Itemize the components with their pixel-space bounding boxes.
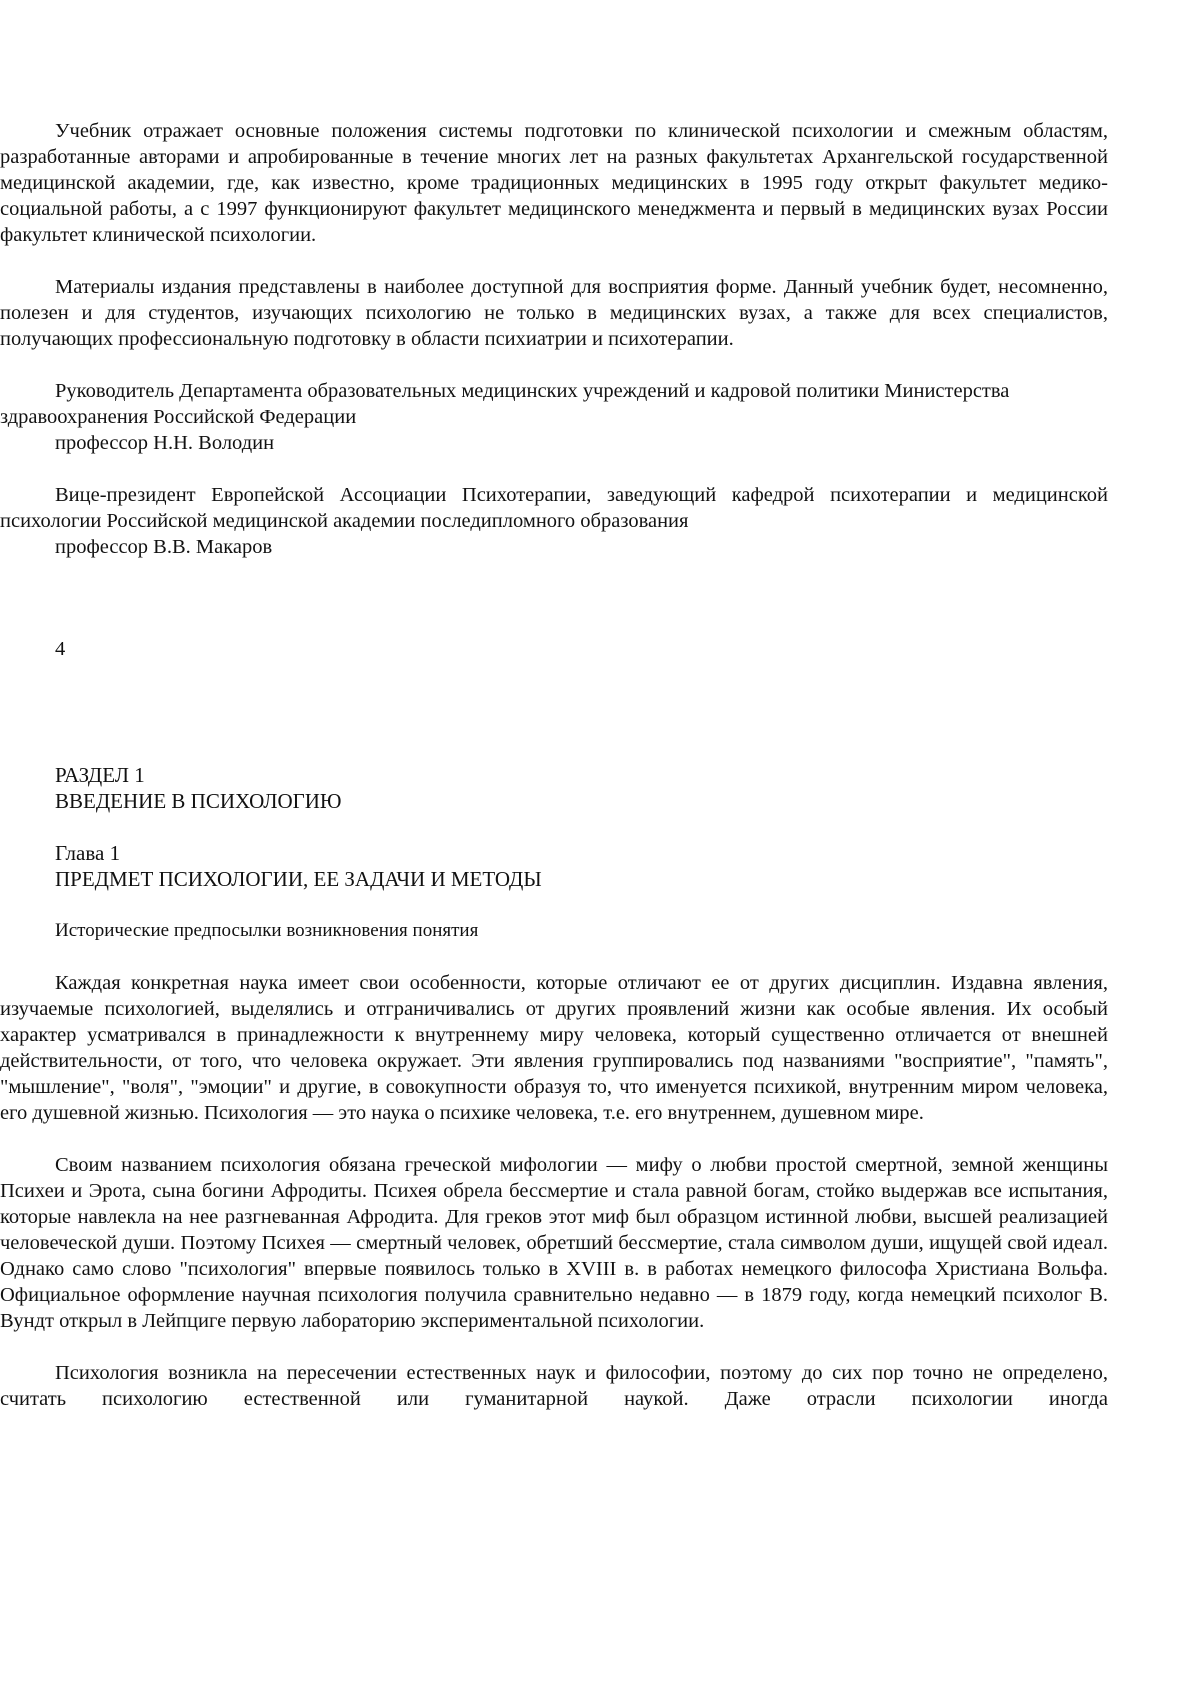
- spacer: [0, 456, 1108, 482]
- foreword-paragraph-1: Учебник отражает основные положения сист…: [0, 118, 1108, 248]
- spacer: [0, 892, 1108, 918]
- chapter-heading: Глава 1 ПРЕДМЕТ ПСИХОЛОГИИ, ЕЕ ЗАДАЧИ И …: [0, 840, 1108, 892]
- subsection-title: Исторические предпосылки возникновения п…: [0, 918, 1108, 944]
- spacer: [0, 560, 1108, 636]
- section-heading: РАЗДЕЛ 1 ВВЕДЕНИЕ В ПСИХОЛОГИЮ: [0, 762, 1108, 814]
- foreword-paragraph-2: Материалы издания представлены в наиболе…: [0, 274, 1108, 352]
- signatory-position: Вице-президент Европейской Ассоциации Пс…: [0, 482, 1108, 534]
- signatory-block-2: Вице-президент Европейской Ассоциации Пс…: [0, 482, 1108, 560]
- section-title: ВВЕДЕНИЕ В ПСИХОЛОГИЮ: [0, 788, 1108, 814]
- spacer: [0, 944, 1108, 970]
- chapter-title: ПРЕДМЕТ ПСИХОЛОГИИ, ЕЕ ЗАДАЧИ И МЕТОДЫ: [0, 866, 1108, 892]
- spacer: [0, 814, 1108, 840]
- signatory-block-1: Руководитель Департамента образовательны…: [0, 378, 1108, 456]
- page-number: 4: [0, 636, 1108, 662]
- section-label: РАЗДЕЛ 1: [0, 762, 1108, 788]
- document-page: Учебник отражает основные положения сист…: [0, 118, 1108, 1412]
- spacer: [0, 352, 1108, 378]
- signatory-name: профессор В.В. Макаров: [0, 534, 1108, 560]
- chapter-label: Глава 1: [0, 840, 1108, 866]
- body-paragraph-2: Своим названием психология обязана грече…: [0, 1152, 1108, 1334]
- spacer: [0, 1334, 1108, 1360]
- signatory-position: Руководитель Департамента образовательны…: [0, 378, 1108, 430]
- spacer: [0, 1126, 1108, 1152]
- signatory-name: профессор Н.Н. Володин: [0, 430, 1108, 456]
- body-paragraph-1: Каждая конкретная наука имеет свои особе…: [0, 970, 1108, 1126]
- body-paragraph-3: Психология возникла на пересечении естес…: [0, 1360, 1108, 1412]
- spacer: [0, 662, 1108, 762]
- spacer: [0, 248, 1108, 274]
